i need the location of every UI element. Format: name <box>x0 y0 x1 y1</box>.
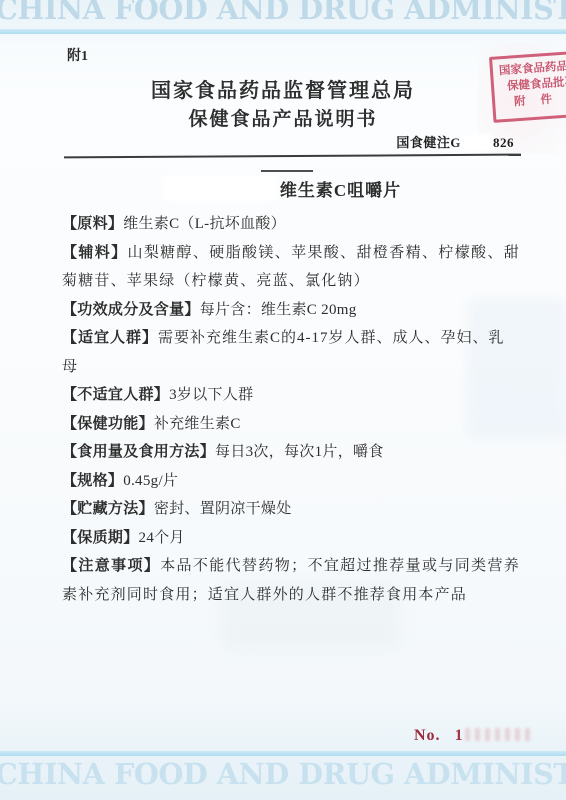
agency-title: 国家食品药品监督管理总局 <box>0 74 566 103</box>
top-band-divider <box>0 29 566 34</box>
brand-name-redaction <box>165 178 275 199</box>
title-dash-mark <box>261 170 313 172</box>
product-title-row: 维生素C咀嚼片 <box>0 175 566 201</box>
attachment-label: 附1 <box>67 45 88 65</box>
registration-number: 国食健注G826 <box>0 132 514 151</box>
field-precautions: 【注意事项】本品不能代替药物；不宜超过推荐量或与同类营养素补充剂同时食用；适宜人… <box>62 552 520 609</box>
serial-number-row: No.1 <box>414 727 531 745</box>
field-shelf-life: 【保质期】24个月 <box>62 524 520 553</box>
serial-no-label: No. <box>414 727 441 744</box>
registration-number-suffix: 826 <box>493 135 514 150</box>
registration-number-prefix: 国食健注G <box>396 135 461 150</box>
serial-no-redaction <box>465 728 531 741</box>
red-seal-stamp: 国家食品药品监 保健食品批准 附 件 骑 <box>489 48 566 123</box>
registration-number-redaction <box>462 136 492 149</box>
field-unsuitable-group: 【不适宜人群】3岁以下人群 <box>62 381 520 410</box>
field-storage: 【贮藏方法】密封、置阴凉干燥处 <box>62 495 520 524</box>
field-suitable-group: 【适宜人群】需要补充维生素C的4-17岁人群、成人、孕妇、乳母 <box>62 324 520 381</box>
watermark-bottom: CHINA FOOD AND DRUG ADMINISTRATION <box>0 757 566 791</box>
field-excipients: 【辅料】山梨糖醇、硬脂酸镁、苹果酸、甜橙香精、柠檬酸、甜菊糖苷、苹果绿（柠檬黄、… <box>62 239 520 296</box>
serial-no-visible-digit: 1 <box>455 727 464 744</box>
document-page: CHINA FOOD AND DRUG ADMINISTRATION 附1 国家… <box>0 0 566 800</box>
bottom-band-divider <box>0 751 566 756</box>
field-active-content: 【功效成分及含量】每片含：维生素C 20mg <box>62 296 520 325</box>
field-specification: 【规格】0.45g/片 <box>62 467 520 496</box>
field-health-function: 【保健功能】补充维生素C <box>62 410 520 439</box>
document-title: 保健食品产品说明书 <box>0 104 566 131</box>
field-dosage-method: 【食用量及食用方法】每日3次，每次1片，嚼食 <box>62 438 520 467</box>
header-rule <box>64 154 521 159</box>
spec-fields: 【原料】维生素C（L-抗坏血酸） 【辅料】山梨糖醇、硬脂酸镁、苹果酸、甜橙香精、… <box>62 210 520 609</box>
watermark-top: CHINA FOOD AND DRUG ADMINISTRATION <box>0 0 566 26</box>
field-raw-material: 【原料】维生素C（L-抗坏血酸） <box>62 210 520 239</box>
product-title: 维生素C咀嚼片 <box>280 176 401 201</box>
